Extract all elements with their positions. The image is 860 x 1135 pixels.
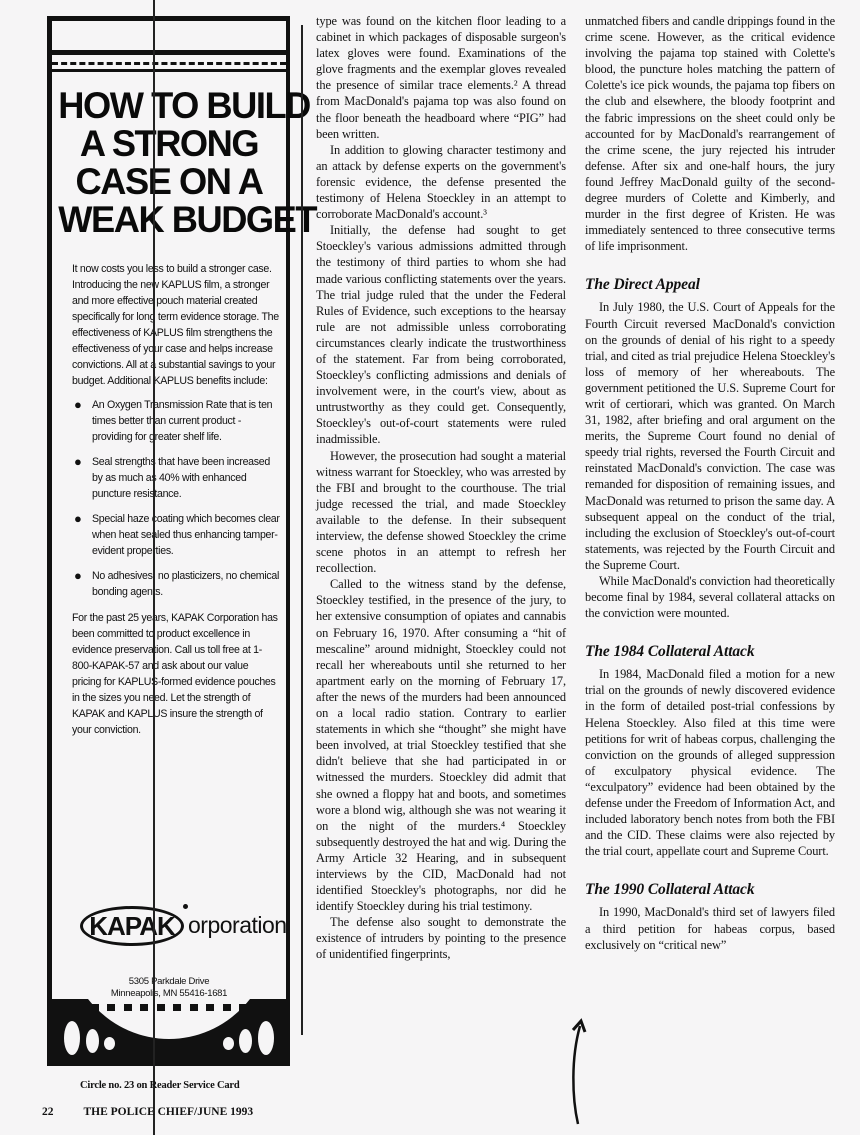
ad-dashed-rule xyxy=(52,62,286,65)
film-oval-icon xyxy=(223,1037,234,1050)
ad-intro: It now costs you less to build a stronge… xyxy=(72,261,280,389)
article-paragraph: While MacDonald's conviction had theoret… xyxy=(585,573,835,621)
ad-benefit-item: ●No adhesives, no plasticizers, no chemi… xyxy=(72,568,280,600)
section-heading-1984-attack: The 1984 Collateral Attack xyxy=(585,643,835,661)
bullet-icon: ● xyxy=(74,511,82,527)
film-oval-icon xyxy=(239,1029,252,1053)
bullet-icon: ● xyxy=(74,568,82,584)
kapak-advertisement: HOW TO BUILD A STRONG CASE ON A WEAK BUD… xyxy=(47,16,290,1066)
film-oval-icon xyxy=(64,1021,80,1055)
article-paragraph: In addition to glowing character testimo… xyxy=(316,142,566,222)
article-paragraph: unmatched fibers and candle drippings fo… xyxy=(585,13,835,254)
article-paragraph: type was found on the kitchen floor lead… xyxy=(316,13,566,142)
ad-closing: For the past 25 years, KAPAK Corporation… xyxy=(72,610,280,738)
logo-oval-mark: KAPAK xyxy=(80,906,184,946)
ad-body: It now costs you less to build a stronge… xyxy=(72,261,280,746)
ad-street: 5305 Parkdale Drive xyxy=(52,976,286,988)
logo-suffix: orporation xyxy=(188,912,287,939)
ad-benefit-item: ●Seal strengths that have been increased… xyxy=(72,454,280,502)
film-strip-graphic xyxy=(52,999,286,1061)
ad-benefit-text: No adhesives, no plasticizers, no chemic… xyxy=(92,570,279,598)
ad-top-band xyxy=(52,21,286,55)
ad-benefits-list: ●An Oxygen Transmission Rate that is ten… xyxy=(72,397,280,600)
article-paragraph: The defense also sought to demonstrate t… xyxy=(316,914,566,962)
ad-benefit-text: Special haze coating which becomes clear… xyxy=(92,513,280,557)
film-oval-icon xyxy=(86,1029,99,1053)
column-rule xyxy=(301,25,303,1035)
article-paragraph: However, the prosecution had sought a ma… xyxy=(316,448,566,577)
article-paragraph: In 1984, MacDonald filed a motion for a … xyxy=(585,666,835,859)
reader-service-caption: Circle no. 23 on Reader Service Card xyxy=(80,1080,240,1091)
page-footer: 22THE POLICE CHIEF/JUNE 1993 xyxy=(42,1106,253,1118)
article-paragraph: In 1990, MacDonald's third set of lawyer… xyxy=(585,904,835,952)
article-column-middle: type was found on the kitchen floor lead… xyxy=(316,13,566,963)
ad-benefit-text: Seal strengths that have been increased … xyxy=(92,456,270,500)
article-paragraph: Called to the witness stand by the defen… xyxy=(316,576,566,914)
article-paragraph: Initially, the defense had sought to get… xyxy=(316,222,566,447)
scan-fold-line xyxy=(153,0,155,1135)
article-paragraph: In July 1980, the U.S. Court of Appeals … xyxy=(585,299,835,573)
ad-headline-line: WEAK BUDGET xyxy=(58,201,279,239)
film-sprocket-holes xyxy=(58,1004,280,1011)
film-oval-icon xyxy=(104,1037,115,1050)
ad-benefit-item: ●Special haze coating which becomes clea… xyxy=(72,511,280,559)
film-oval-icon xyxy=(258,1021,274,1055)
ad-inner-rule xyxy=(52,69,286,72)
ad-headline: HOW TO BUILD A STRONG CASE ON A WEAK BUD… xyxy=(58,87,279,239)
logo-dot-icon xyxy=(183,904,188,909)
ad-headline-line: HOW TO BUILD xyxy=(58,87,279,125)
ad-headline-line: CASE ON A xyxy=(58,163,279,201)
kapak-logo: KAPAK orporation xyxy=(80,901,290,951)
section-heading-direct-appeal: The Direct Appeal xyxy=(585,276,835,294)
publication-name: THE POLICE CHIEF/JUNE 1993 xyxy=(84,1106,254,1118)
ad-benefit-text: An Oxygen Transmission Rate that is ten … xyxy=(92,399,272,443)
handdrawn-arrow-icon xyxy=(568,1018,588,1126)
bullet-icon: ● xyxy=(74,397,82,413)
ad-benefit-item: ●An Oxygen Transmission Rate that is ten… xyxy=(72,397,280,445)
bullet-icon: ● xyxy=(74,454,82,470)
article-column-right: unmatched fibers and candle drippings fo… xyxy=(585,13,835,953)
ad-headline-line: A STRONG xyxy=(58,125,279,163)
section-heading-1990-attack: The 1990 Collateral Attack xyxy=(585,881,835,899)
page-number: 22 xyxy=(42,1106,54,1118)
